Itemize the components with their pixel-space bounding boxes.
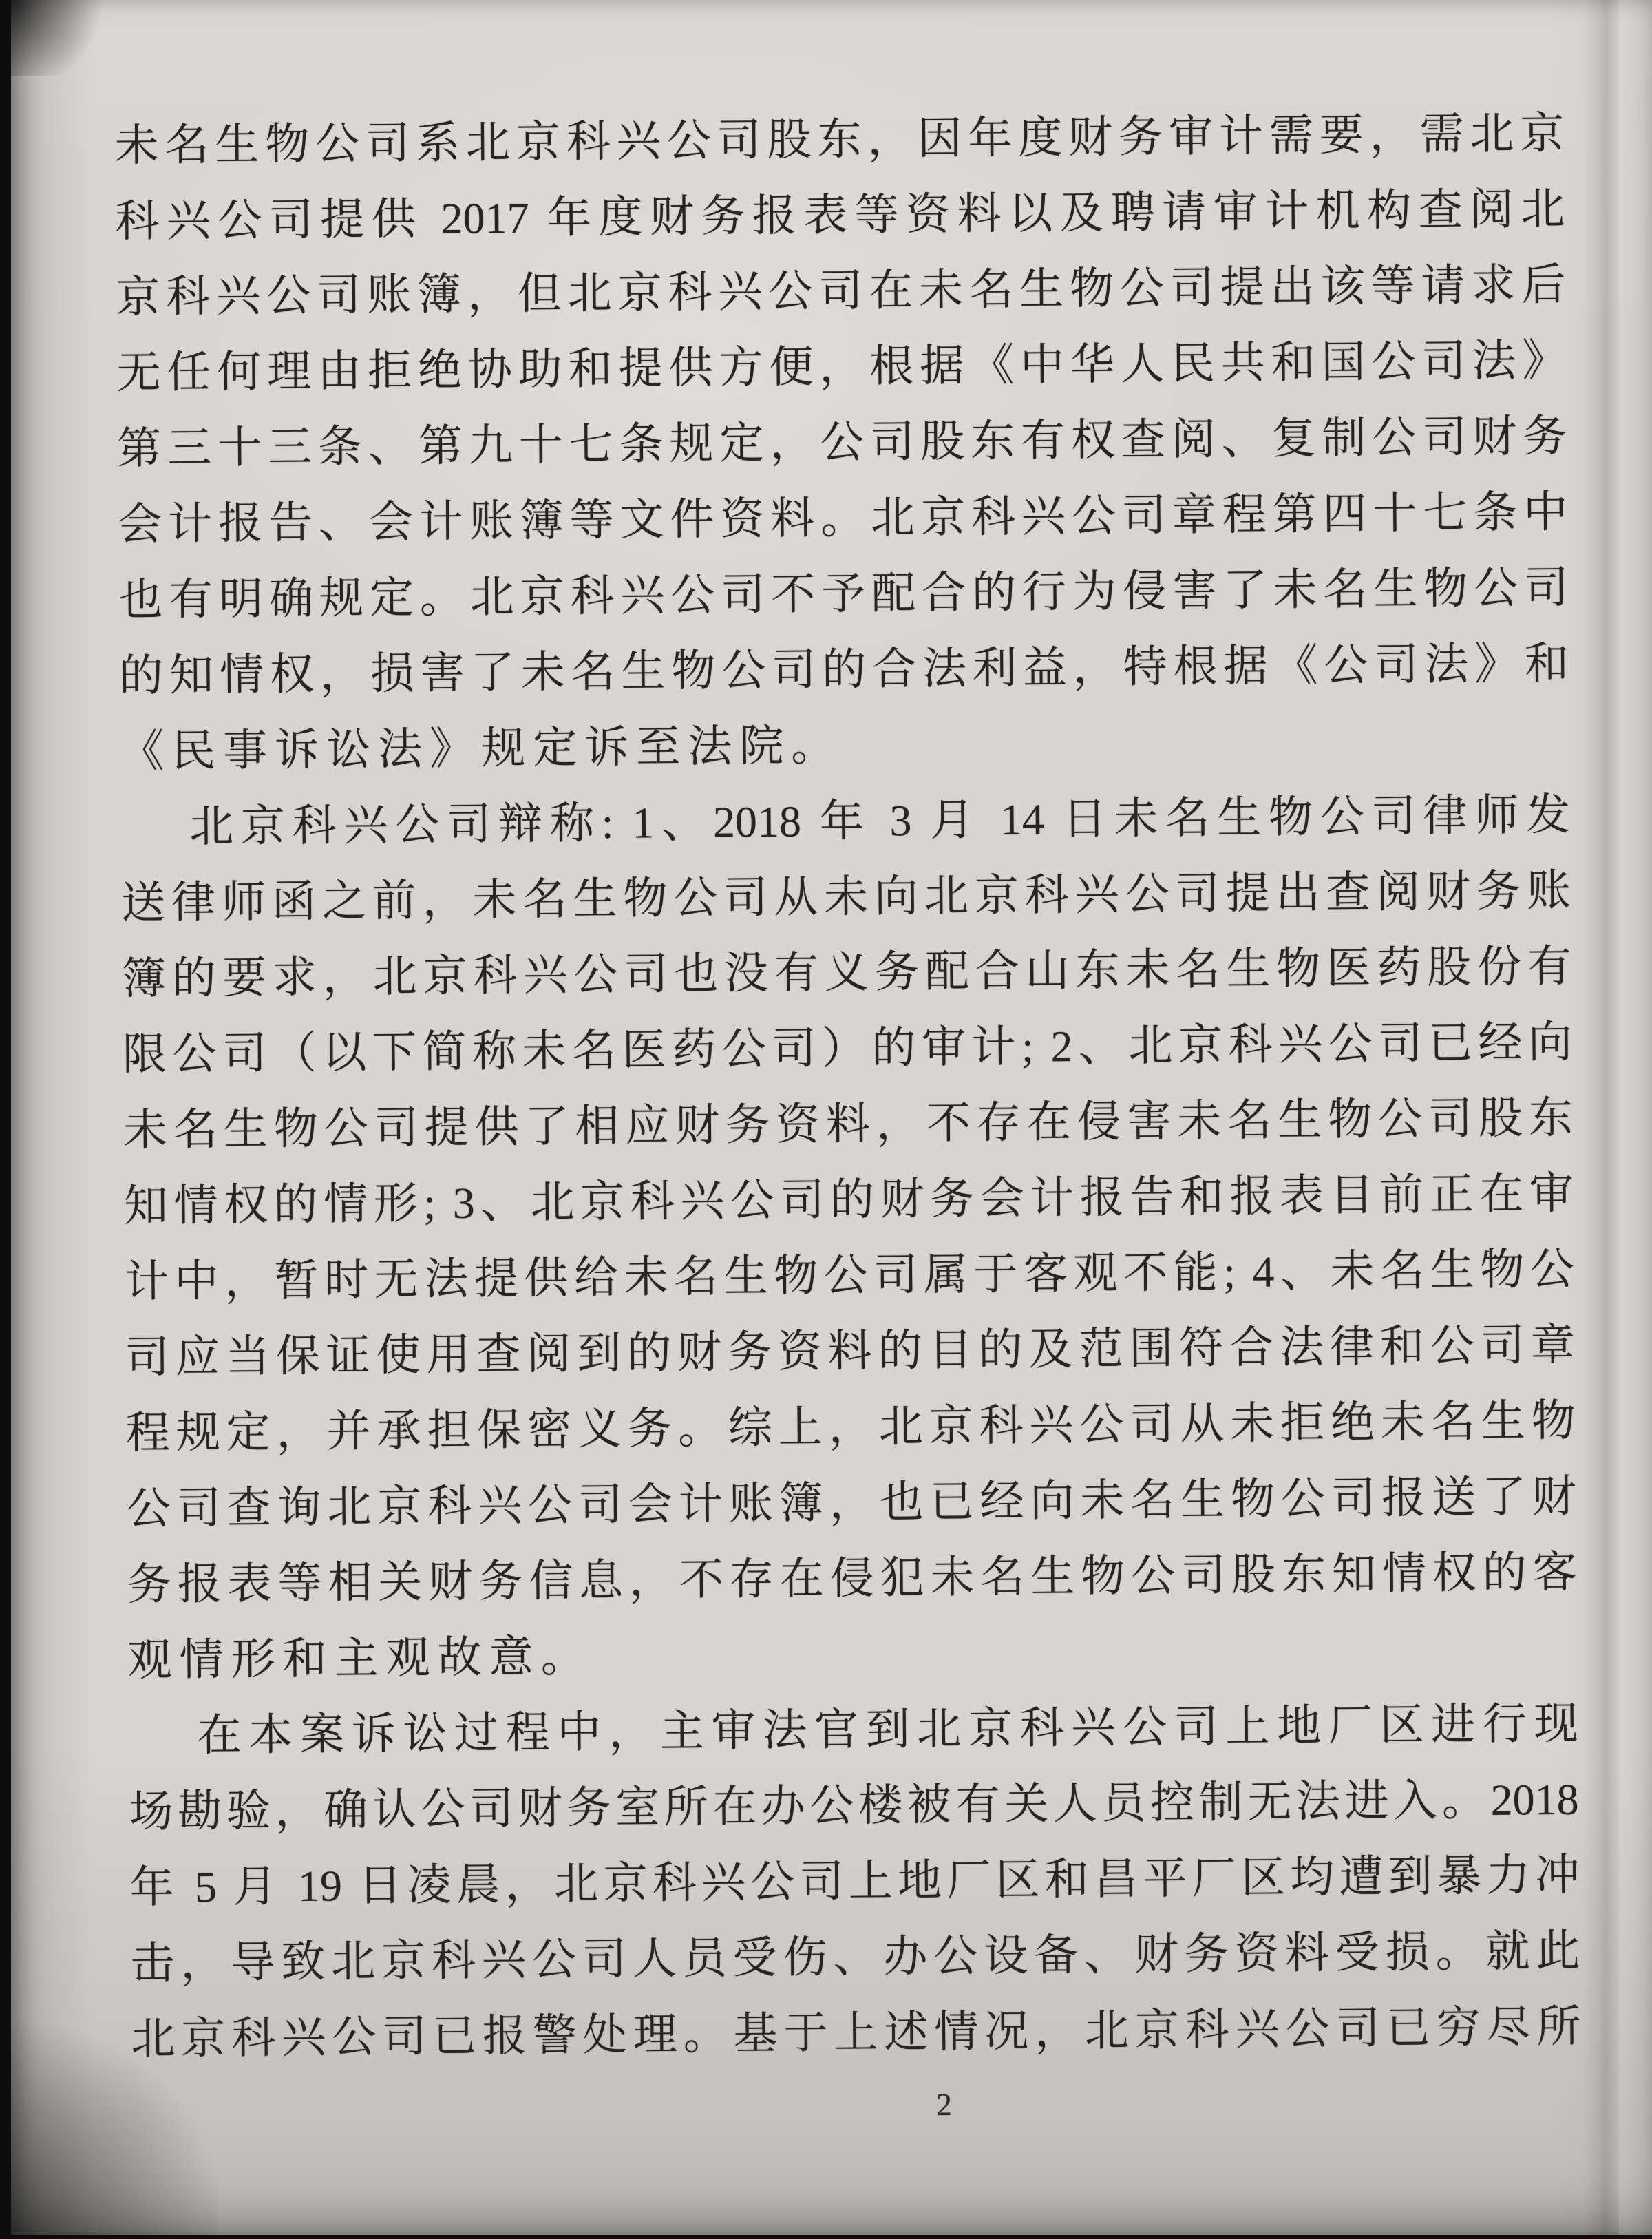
page-number: 2	[936, 2086, 952, 2123]
text-line: 京科兴公司账簿，但北京科兴公司在未名生物公司提出该等请求后	[116, 247, 1566, 335]
text-line: 程规定，并承担保密义务。综上，北京科兴公司从未拒绝未名生物	[125, 1383, 1576, 1471]
text-line: 未名生物公司提供了相应财务资料，不存在侵害未名生物公司股东	[123, 1080, 1574, 1168]
text-line: 年 5 月 19 日凌晨，北京科兴公司上地厂区和昌平厂区均遭到暴力冲	[129, 1838, 1580, 1926]
text-line: 计中，暂时无法提供给未名生物公司属于客观不能; 4、未名生物公	[124, 1232, 1574, 1320]
photo-shadow-top-left	[11, 0, 114, 76]
page-right-edge	[1619, 0, 1652, 2235]
page-crease-shadow	[1583, 0, 1622, 2235]
text-line: 的知情权，损害了未名生物公司的合法利益，特根据《公司法》和	[119, 626, 1569, 714]
text-line: 北京科兴公司已报警处理。基于上述情况，北京科兴公司已穷尽所	[131, 1989, 1581, 2077]
text-line: 簿的要求，北京科兴公司也没有义务配合山东未名生物医药股份有	[122, 929, 1572, 1017]
text-line: 第三十三条、第九十七条规定，公司股东有权查阅、复制公司财务	[117, 399, 1567, 487]
text-line: 务报表等相关财务信息，不存在侵犯未名生物公司股东知情权的客	[127, 1535, 1577, 1623]
text-line: 限公司（以下简称未名医药公司）的审计; 2、北京科兴公司已经向	[123, 1005, 1573, 1093]
text-line: 知情权的情形; 3、北京科兴公司的财务会计报告和报表目前正在审	[123, 1156, 1574, 1244]
text-line: 会计报告、会计账簿等文件资料。北京科兴公司章程第四十七条中	[118, 474, 1568, 563]
document-body-text: 未名生物公司系北京科兴公司股东，因年度财务审计需要，需北京 科兴公司提供 201…	[114, 96, 1581, 2077]
photo-of-document: { "colors": { "paper": "#d8d5d1", "ink":…	[0, 0, 1652, 2239]
photo-shadow-bottom-left	[11, 2001, 218, 2235]
text-line: 《民事诉讼法》规定诉至法院。	[120, 702, 1570, 790]
text-line: 也有明确规定。北京科兴公司不予配合的行为侵害了未名生物公司	[118, 550, 1569, 638]
text-line: 送律师函之前，未名生物公司从未向北京科兴公司提出查阅财务账	[121, 853, 1571, 941]
text-line: 击，导致北京科兴公司人员受伤、办公设备、财务资料受损。就此	[130, 1913, 1580, 2001]
paragraph-start-line: 在本案诉讼过程中，主审法官到北京科兴公司上地厂区进行现	[128, 1686, 1578, 1774]
text-line: 司应当保证使用查阅到的财务资料的目的及范围符合法律和公司章	[125, 1307, 1575, 1396]
text-line: 未名生物公司系北京科兴公司股东，因年度财务审计需要，需北京	[114, 96, 1565, 184]
text-line: 观情形和主观故意。	[127, 1610, 1578, 1699]
paragraph-start-line: 北京科兴公司辩称: 1、2018 年 3 月 14 日未名生物公司律师发	[120, 777, 1571, 865]
text-line: 场勘验，确认公司财务室所在办公楼被有关人员控制无法进入。2018	[129, 1762, 1579, 1850]
text-line: 公司查询北京科兴公司会计账簿，也已经向未名生物公司报送了财	[126, 1459, 1576, 1547]
document-page: 未名生物公司系北京科兴公司股东，因年度财务审计需要，需北京 科兴公司提供 201…	[11, 0, 1652, 2235]
text-line: 科兴公司提供 2017 年度财务报表等资料以及聘请审计机构查阅北	[115, 171, 1565, 260]
text-line: 无任何理由拒绝协助和提供方便，根据《中华人民共和国公司法》	[116, 323, 1567, 411]
